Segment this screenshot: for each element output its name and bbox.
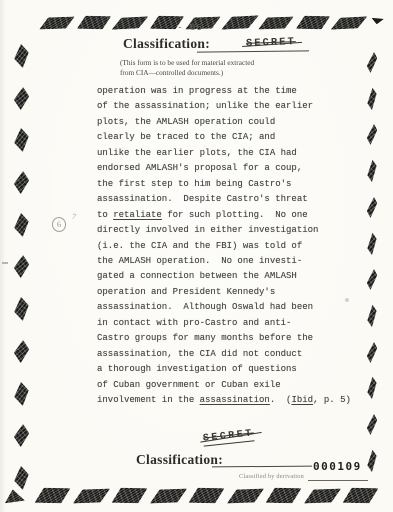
border-diamond-icon: [13, 43, 30, 68]
classification-label: Classification:: [136, 452, 223, 467]
border-diamond-icon: [13, 296, 30, 321]
body-line: clearly be traced to the CIA; and: [97, 130, 347, 145]
body-line: assassination. Despite Castro's threat: [97, 192, 347, 207]
body-line: of the assassination; unlike the earlier: [97, 99, 347, 114]
body-line: assassination, the CIA did not conduct: [97, 347, 347, 362]
border-leaf-icon: [366, 197, 377, 218]
border-leaf-icon: [366, 377, 378, 400]
body-line: directly involved in either investigatio…: [97, 223, 347, 238]
page-number: - 85 -: [0, 23, 393, 33]
border-leaf-icon: [366, 52, 377, 73]
border-stamp-icon: [112, 488, 148, 503]
body-line: to retaliate for such plotting. No one: [97, 208, 347, 223]
classification-blank-line: [212, 466, 312, 468]
body-text: operation was in progress at the time of…: [97, 84, 347, 409]
border-stamp-icon: [73, 488, 110, 503]
border-leaf-icon: [366, 414, 377, 435]
body-line: Castro groups for many months before the: [97, 331, 347, 346]
scan-speck: [2, 262, 8, 264]
body-line: assassination. Although Oswald had been: [97, 300, 347, 315]
form-note-line: from CIA—controlled documents.): [120, 68, 296, 78]
classification-footer: Classification:: [136, 451, 223, 469]
body-line: of Cuban government or Cuban exile: [97, 378, 347, 393]
bottom-border-marks: [8, 488, 374, 503]
body-line: plots, the AMLASH operation could: [97, 115, 347, 130]
left-border-marks: [14, 44, 29, 490]
border-stamp-icon: [150, 488, 187, 503]
border-stamp-icon: [266, 488, 302, 503]
border-leaf-icon: [366, 269, 377, 290]
classified-by-derivation-label: Classified by derivation: [239, 473, 304, 480]
border-stamp-icon: [189, 488, 225, 503]
form-note-line: (This form is to be used for material ex…: [120, 58, 296, 68]
body-line: (i.e. the CIA and the FBI) was told of: [97, 239, 347, 254]
margin-annotation: 6 7: [52, 214, 66, 232]
body-line: in contact with pro-Castro and anti-: [97, 316, 347, 331]
body-line: operation and President Kennedy's: [97, 285, 347, 300]
body-line: involvement in the assassination. (Ibid,…: [97, 393, 347, 408]
border-diamond-icon: [13, 381, 30, 406]
form-instruction-note: (This form is to be used for material ex…: [120, 58, 296, 77]
border-leaf-icon: [366, 160, 378, 183]
border-diamond-icon: [13, 339, 30, 363]
body-line: unlike the earlier plots, the CIA had: [97, 146, 347, 161]
body-line: gated a connection between the AMLASH: [97, 269, 347, 284]
border-diamond-icon: [13, 212, 30, 237]
classification-label: Classification:: [123, 36, 210, 51]
border-stamp-icon: [303, 488, 340, 503]
border-leaf-icon: [366, 124, 377, 145]
body-line: a thorough investigation of questions: [97, 362, 347, 377]
derivation-blank-line: [308, 480, 368, 481]
border-diamond-icon: [13, 86, 30, 110]
border-diamond-icon: [13, 465, 30, 490]
classification-secret-crossed-out: SECRET: [246, 36, 296, 50]
border-diamond-icon: [13, 128, 30, 153]
border-leaf-icon: [366, 342, 377, 363]
border-leaf-icon: [366, 450, 378, 473]
border-stamp-icon: [35, 488, 71, 503]
border-stamp-icon: [226, 488, 263, 503]
body-line: the first step to him being Castro's: [97, 177, 347, 192]
classification-blank-line: [197, 50, 309, 52]
border-stamp-icon: [3, 488, 33, 503]
margin-tick-mark: 7: [71, 212, 77, 222]
body-line: operation was in progress at the time: [97, 84, 347, 99]
body-line: endorsed AMLASH's proposal for a coup,: [97, 161, 347, 176]
border-leaf-icon: [366, 305, 378, 328]
border-leaf-icon: [366, 232, 378, 255]
circled-number: 6: [51, 216, 67, 233]
border-stamp-icon: [342, 488, 378, 503]
border-diamond-icon: [13, 255, 30, 279]
classification-header: Classification:: [123, 35, 210, 53]
body-line: the AMLASH operation. No one investi-: [97, 254, 347, 269]
footer-secret-crossed-out: SECRET: [202, 428, 254, 446]
right-border-marks: [367, 52, 377, 472]
border-leaf-icon: [366, 87, 378, 110]
document-number-stamp: 000109: [313, 460, 362, 473]
scanned-document-page: - 85 - Classification: SECRET (This form…: [0, 0, 393, 512]
border-diamond-icon: [13, 424, 30, 448]
border-diamond-icon: [13, 171, 30, 195]
